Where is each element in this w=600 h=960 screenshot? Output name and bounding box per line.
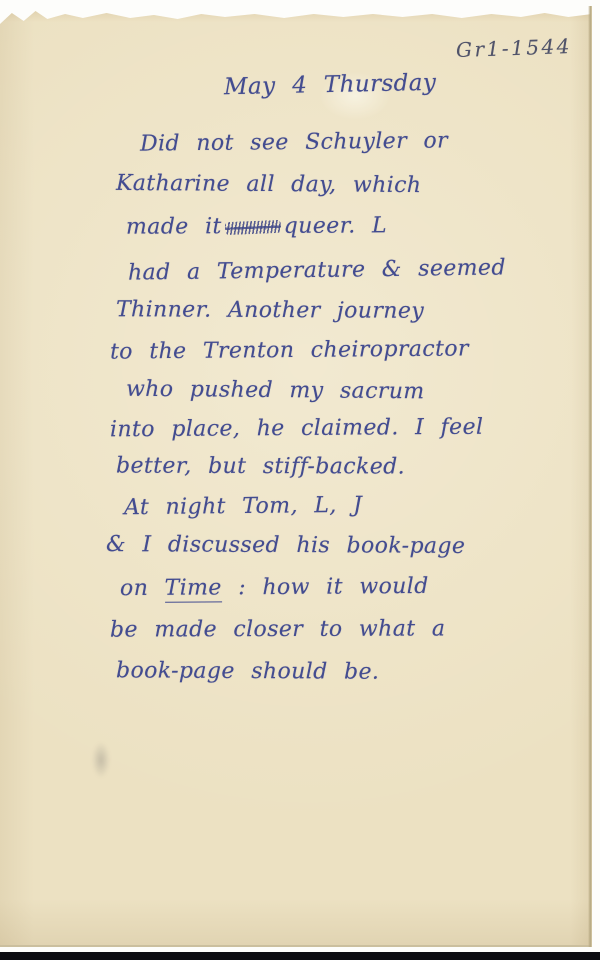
entry-line: be made closer to what a [110,616,445,642]
entry-line: Katharine all day, which [116,171,422,198]
underlined-word: Time [165,575,222,602]
line-text: queer. L [284,213,387,239]
scanned-page: Gr1-1544 May 4 Thursday Did not see Schu… [0,0,600,960]
entry-line: better, but stiff-backed. [116,453,405,479]
entry-line: had a Temperature & seemed [128,255,506,285]
line-text: into place, he claimed. I feel [110,415,484,443]
line-text: & I discussed his book-page [106,532,466,559]
entry-line: to the Trenton cheiropractor [110,336,469,364]
archive-mark: Gr1-1544 [456,34,573,62]
line-text: on [120,576,165,601]
page-edge [588,6,592,947]
entry-line: into place, he claimed. I feel [110,415,484,443]
line-text: be made closer to what a [110,616,445,642]
scanner-bar [0,952,600,960]
entry-line: At night Tom, L, J [124,493,363,520]
line-text: who pushed my sacrum [126,377,425,405]
line-text: : how it would [222,574,429,600]
entry-line: Did not see Schuyler or [140,128,448,156]
entry-heading: May 4 Thursday [224,70,437,100]
line-text: Thinner. Another journey [116,297,424,324]
line-text: Did not see Schuyler or [140,128,448,156]
line-text: better, but stiff-backed. [116,453,405,479]
scribble-strikeout [225,220,281,235]
entry-line: Thinner. Another journey [116,297,424,324]
line-text: had a Temperature & seemed [128,255,506,285]
smudge-mark [92,742,110,778]
entry-line: who pushed my sacrum [126,377,425,405]
entry-line: on Time : how it would [120,574,429,601]
line-text: Katharine all day, which [116,171,422,198]
line-text: to the Trenton cheiropractor [110,336,469,364]
line-text: At night Tom, L, J [124,493,363,520]
entry-line: book-page should be. [116,658,379,684]
line-text: book-page should be. [116,658,379,684]
entry-line: & I discussed his book-page [106,532,466,559]
entry-line: made itqueer. L [126,213,387,239]
line-text: made it [126,214,222,240]
